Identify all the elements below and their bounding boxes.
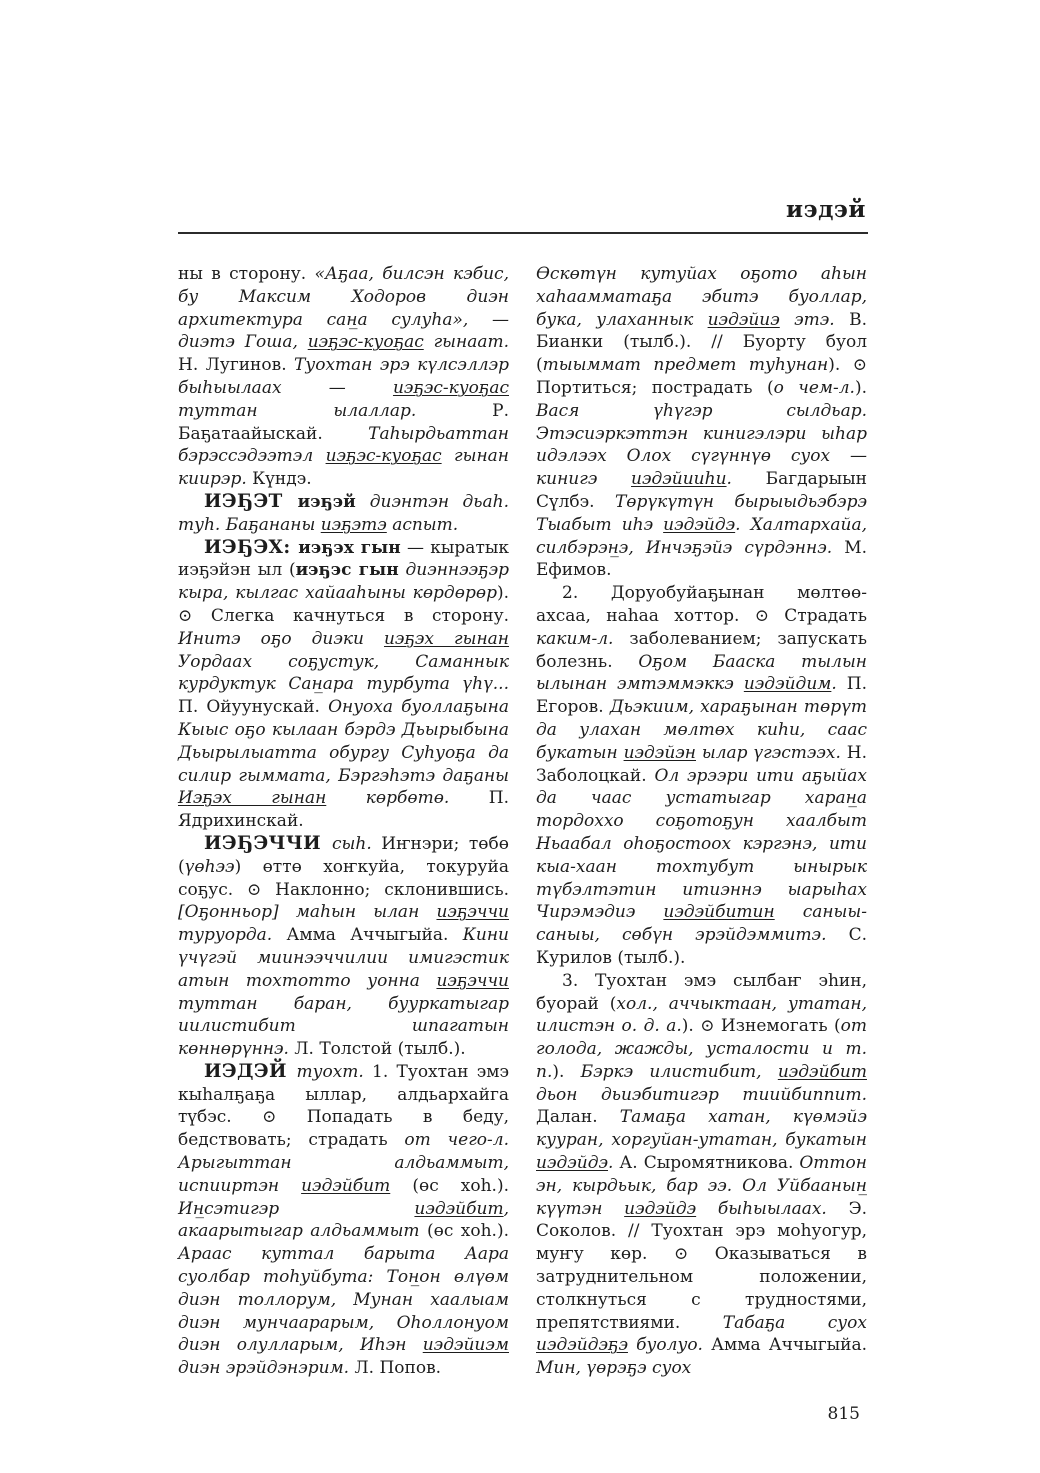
text-run: ылар үгэстээх.: [696, 743, 841, 763]
text-run: Н. Лугинов.: [178, 355, 294, 375]
sense-2: 2. Доруобуйаҕынан мөлтөө-ахсаа, наһаа хо…: [536, 582, 867, 970]
text-run: аспыт.: [387, 515, 458, 535]
text-run: иэдэйиэ: [708, 310, 780, 330]
text-run: иэдэйбит: [414, 1199, 503, 1219]
text-run: иэдэйдэҕэ: [536, 1335, 628, 1355]
running-head-word: иэдэй: [786, 196, 866, 223]
text-run: дьон дьиэбитигэр тиийбиппит.: [536, 1085, 867, 1105]
text-run: иэдэйдэ: [663, 515, 735, 535]
sense-3: 3. Туохтан эмэ сылбаҥ эһин, буорай (хол.…: [536, 970, 867, 1380]
text-run: А. Сыромятникова.: [613, 1153, 799, 1173]
running-head: иэдэй: [178, 196, 868, 234]
text-run: иэҕэх гын: [298, 538, 400, 558]
text-run: ). ⊙ Изнемогать (: [682, 1016, 841, 1036]
text-run: иэҕэс гын: [296, 560, 399, 580]
text-run: Ол эрээри ити аҕыйах да чаас устатыгар х…: [536, 766, 867, 923]
text-columns: ны в сторону. «Аҕаа, билсэн кэбис, бу Ма…: [178, 263, 868, 1380]
left-column: ны в сторону. «Аҕаа, билсэн кэбис, бу Ма…: [178, 263, 509, 1380]
text-run: этэ.: [780, 310, 835, 330]
text-run: иэҕэтэ: [321, 515, 387, 535]
text-run: сыһ.: [332, 834, 381, 854]
text-run: туруорда.: [178, 925, 272, 945]
text-run: иэҕэччи: [436, 971, 509, 991]
text-run: Амма Аччыгыйа.: [703, 1335, 867, 1355]
text-run: иэдэйэн: [624, 743, 696, 763]
text-run: үөһээ: [185, 857, 235, 877]
text-run: иэҕэс-куоҕас: [393, 378, 509, 398]
text-run: иэҕэс-куоҕас: [326, 446, 442, 466]
text-run: Инитэ оҕо диэки: [178, 629, 384, 649]
text-run: иэдэйдэ: [536, 1153, 608, 1173]
text-run: иэҕэс-куоҕас: [308, 332, 424, 352]
entry-ieghekh: ИЭҔЭХ: иэҕэх гын — кыратык иэҕэйэн ыл (и…: [178, 537, 509, 833]
entry-ieghechchi: ИЭҔЭЧЧИ сыһ. Иҥнэри; төбө (үөһээ) өттө х…: [178, 833, 509, 1061]
para-continuation: ны в сторону. «Аҕаа, билсэн кэбис, бу Ма…: [178, 263, 509, 491]
text-run: Иэҕэх гынан: [178, 788, 326, 808]
text-run: (өс хоһ.).: [427, 1221, 509, 1241]
text-run: Бэркэ илистибит,: [581, 1062, 778, 1082]
text-run: ИЭДЭЙ: [204, 1061, 297, 1082]
text-run: П. Ойуунускай.: [178, 697, 328, 717]
text-run: Л. Толстой (тылб.).: [289, 1039, 466, 1059]
text-run: 2. Доруобуйаҕынан мөлтөө-ахсаа, наһаа хо…: [536, 583, 867, 626]
page-number: 815: [178, 1404, 868, 1424]
text-run: быһыылаах.: [696, 1199, 827, 1219]
text-run: Далан.: [536, 1107, 620, 1127]
text-run: иэҕэй: [298, 492, 370, 512]
text-run: иэдэйбит: [301, 1176, 390, 1196]
text-run: ИЭҔЭХ:: [204, 537, 298, 558]
text-run: иэҕэх гынан: [384, 629, 509, 649]
entry-ieghet: ИЭҔЭТ иэҕэй диэнтэн дьаһ. туһ. Баҕананы …: [178, 491, 509, 537]
text-run: Л. Попов.: [349, 1358, 441, 1378]
text-run: Мин, үөрэҕэ суох: [536, 1358, 691, 1378]
text-run: Табаҕа суох: [723, 1313, 867, 1333]
text-run: Күндэ.: [247, 469, 312, 489]
text-run: ны в сторону.: [178, 264, 315, 284]
text-run: ).: [552, 1062, 580, 1082]
text-run: иэдэйиэм: [423, 1335, 509, 1355]
text-run: Ин̲сэтигэр: [178, 1199, 414, 1219]
text-run: туттан ылаллар.: [178, 401, 416, 421]
text-run: иэдэйбит: [778, 1062, 867, 1082]
right-column: Өскөтүн кутуйах оҕото аһын хаһаамматаҕа …: [536, 263, 867, 1380]
dictionary-page: иэдэй ны в сторону. «Аҕаа, билсэн кэбис,…: [178, 196, 868, 1424]
text-run: иэдэйииһи: [631, 469, 727, 489]
sense-1-continuation: Өскөтүн кутуйах оҕото аһын хаһаамматаҕа …: [536, 263, 867, 582]
text-run: көрбөтө.: [326, 788, 449, 808]
text-run: (өс хоһ.).: [390, 1176, 509, 1196]
text-run: каким-л.: [536, 629, 613, 649]
text-run: иэдэйдим: [744, 674, 832, 694]
text-run: ИЭҔЭТ: [204, 491, 298, 512]
entry-iedey-sense-1: ИЭДЭЙ туохт. 1. Туохтан эмэ кыһалҕаҕа ыл…: [178, 1061, 509, 1380]
text-run: иэдэйдэ: [624, 1199, 696, 1219]
text-run: Уордаах соҕустук, Саманнык курдуктук Сан…: [178, 652, 509, 695]
text-run: гынаат.: [424, 332, 509, 352]
text-run: ).: [855, 378, 867, 398]
text-run: буолуо.: [628, 1335, 703, 1355]
text-run: туохт.: [297, 1062, 373, 1082]
text-run: [Оҕонньор] маһын ылан: [178, 902, 436, 922]
text-run: иэҕэччи: [436, 902, 509, 922]
text-run: о чем-л.: [774, 378, 855, 398]
text-run: иэдэйбитин: [663, 902, 774, 922]
text-run: ИЭҔЭЧЧИ: [204, 833, 332, 854]
text-run: тыыммат предмет туһунан: [543, 355, 829, 375]
text-run: Амма Аччыгыйа.: [272, 925, 463, 945]
text-run: диэн эрэйдэнэрим.: [178, 1358, 349, 1378]
